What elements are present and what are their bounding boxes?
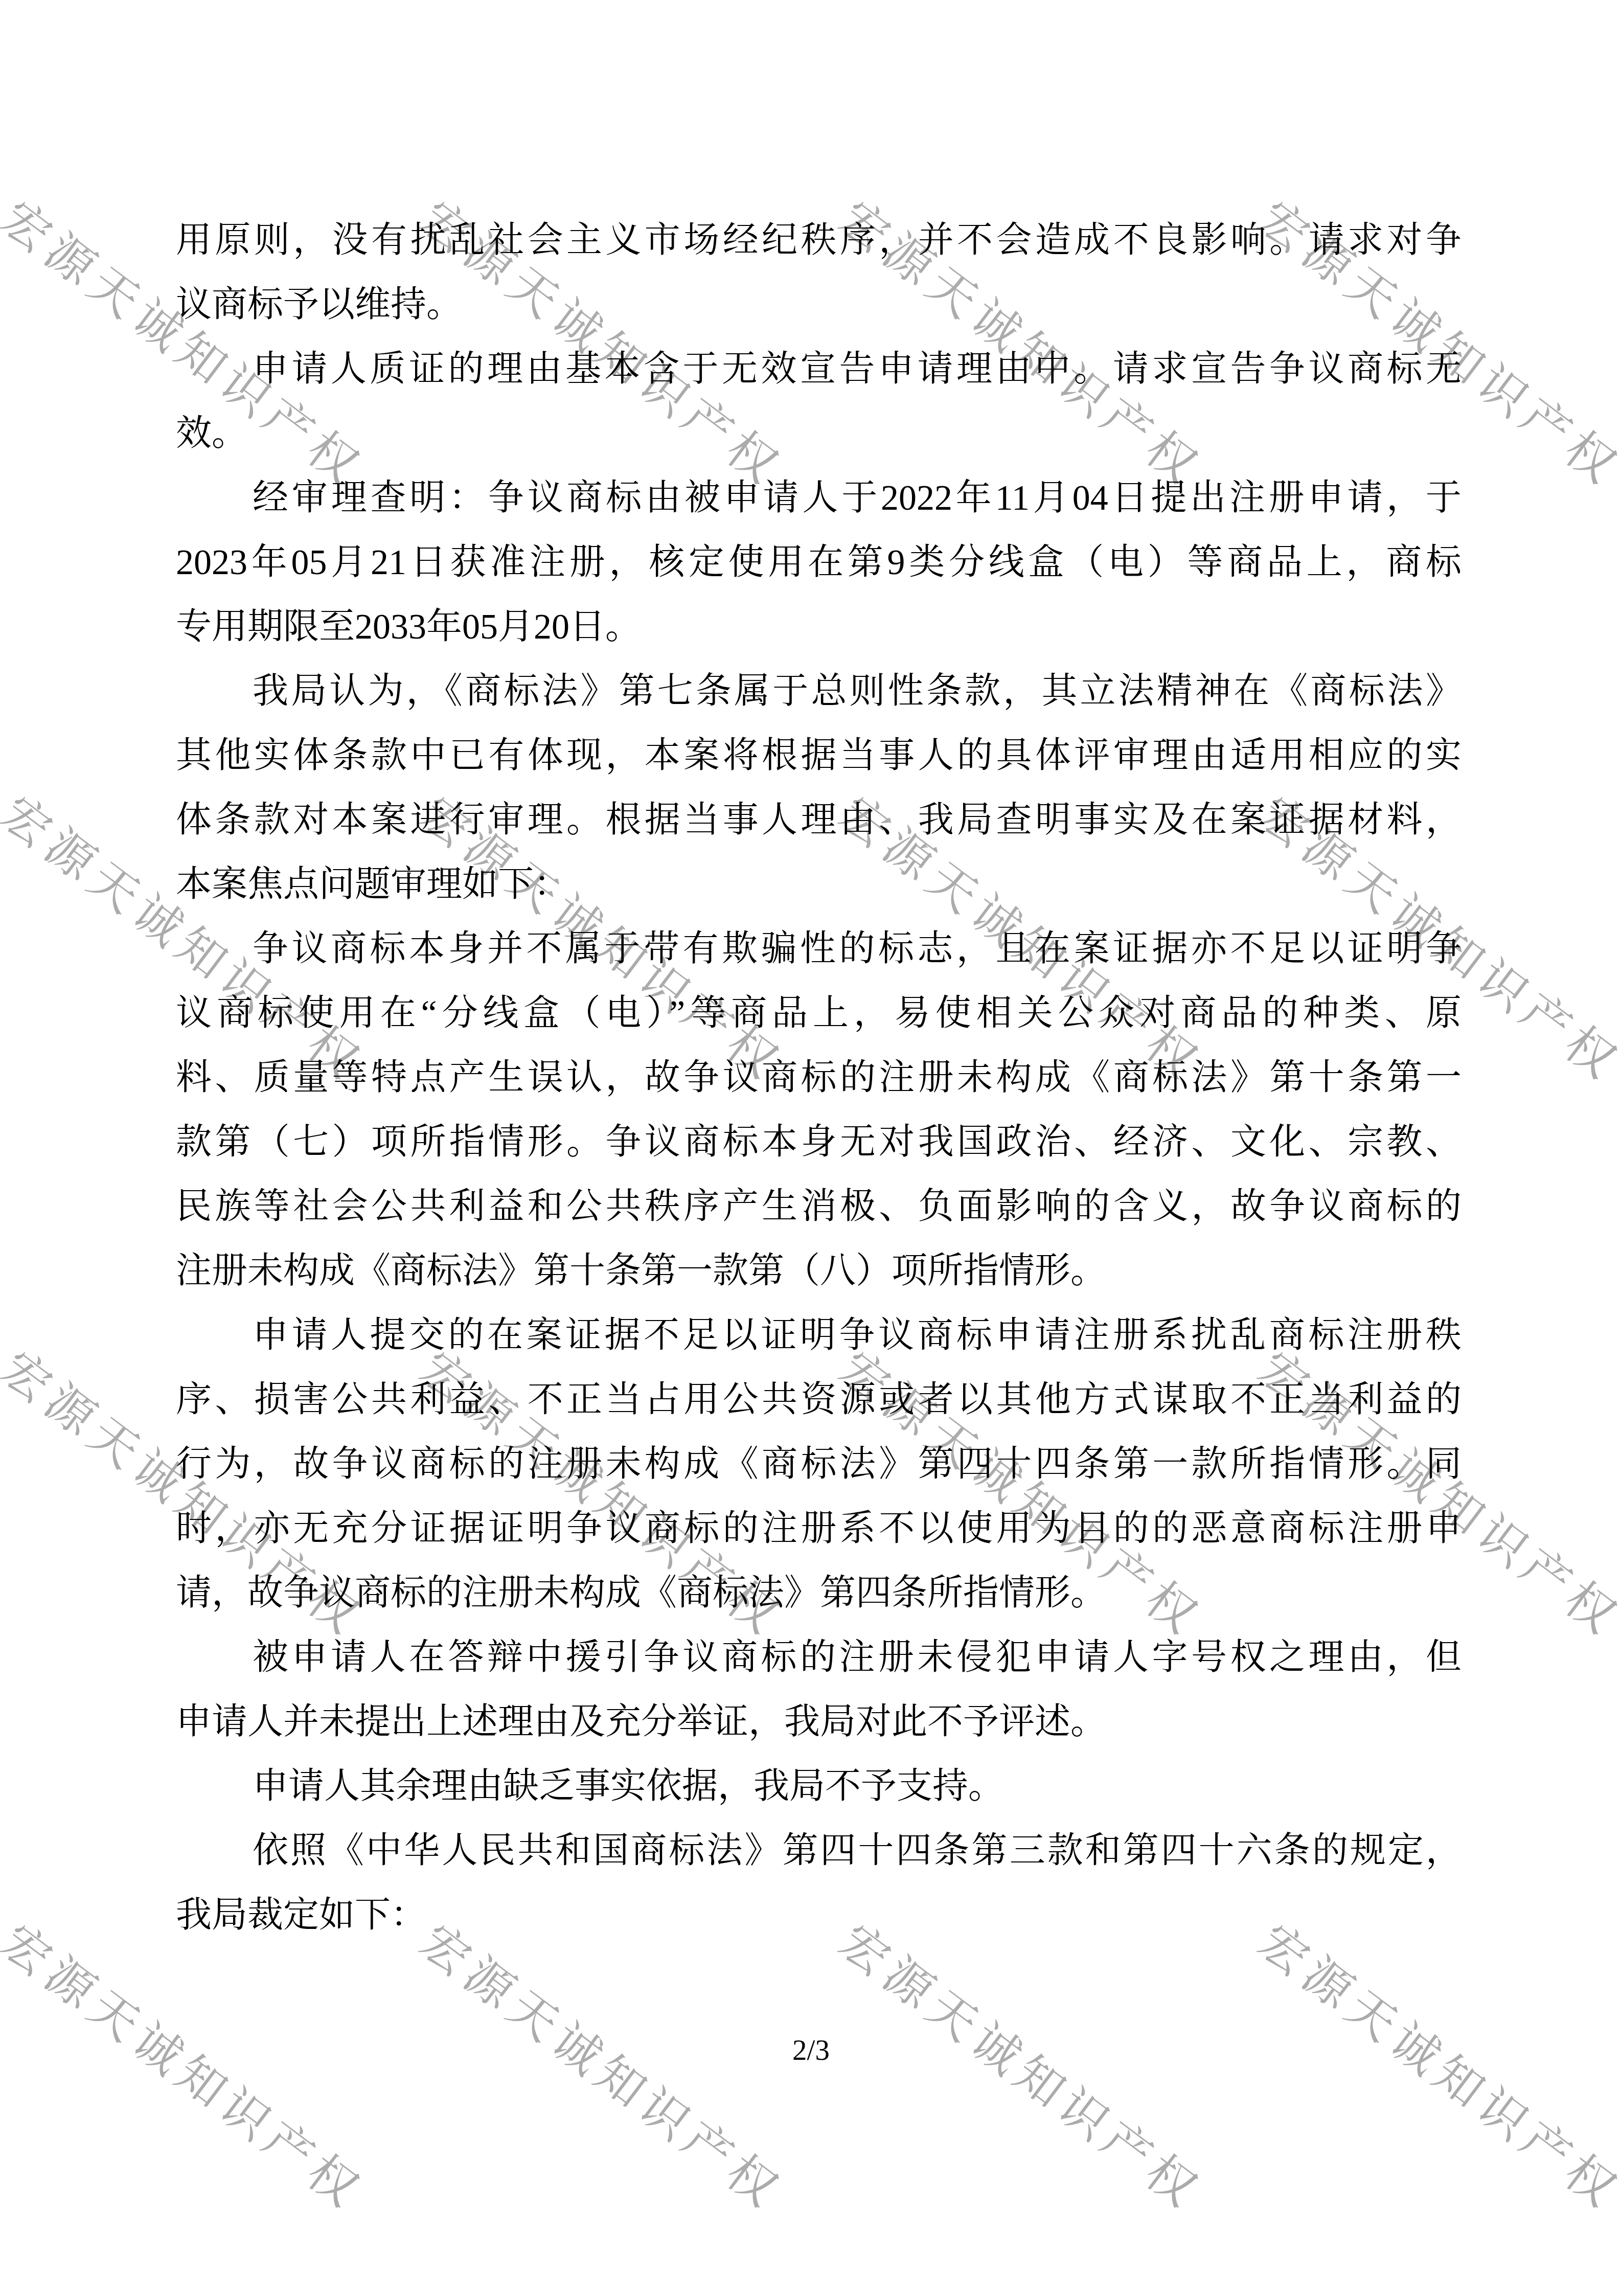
text-line: 效。 (176, 402, 1461, 466)
document-page: { "document": { "page_number": "2/3", "t… (0, 0, 1622, 2296)
text-line: 争议商标本身并不属于带有欺骗性的标志，且在案证据亦不足以证明争 (176, 917, 1461, 982)
text-line: 申请人提交的在案证据不足以证明争议商标申请注册系扰乱商标注册秩 (176, 1304, 1461, 1368)
text-line: 我局认为，《商标法》第七条属于总则性条款，其立法精神在《商标法》 (176, 660, 1461, 724)
text-line: 议商标予以维持。 (176, 273, 1461, 337)
text-line: 我局裁定如下： (176, 1883, 1461, 1948)
text-line: 申请人并未提出上述理由及充分举证，我局对此不予评述。 (176, 1690, 1461, 1755)
text-line: 款第（七）项所指情形。争议商标本身无对我国政治、经济、文化、宗教、 (176, 1110, 1461, 1175)
text-line: 专用期限至2033年05月20日。 (176, 595, 1461, 660)
text-line: 注册未构成《商标法》第十条第一款第（八）项所指情形。 (176, 1239, 1461, 1304)
text-line: 2023年05月21日获准注册，核定使用在第9类分线盒（电）等商品上，商标 (176, 531, 1461, 595)
page-number: 2/3 (0, 2034, 1622, 2067)
text-line: 其他实体条款中已有体现，本案将根据当事人的具体评审理由适用相应的实 (176, 724, 1461, 788)
text-line: 行为，故争议商标的注册未构成《商标法》第四十四条第一款所指情形。同 (176, 1433, 1461, 1497)
text-line: 本案焦点问题审理如下： (176, 853, 1461, 917)
text-line: 序、损害公共利益、不正当占用公共资源或者以其他方式谋取不正当利益的 (176, 1368, 1461, 1433)
text-line: 请，故争议商标的注册未构成《商标法》第四条所指情形。 (176, 1561, 1461, 1626)
document-body: 用原则，没有扰乱社会主义市场经纪秩序，并不会造成不良影响。请求对争议商标予以维持… (176, 209, 1461, 1948)
text-line: 申请人其余理由缺乏事实依据，我局不予支持。 (176, 1755, 1461, 1819)
text-line: 议商标使用在“分线盒（电）”等商品上，易使相关公众对商品的种类、原 (176, 982, 1461, 1046)
text-line: 体条款对本案进行审理。根据当事人理由、我局查明事实及在案证据材料， (176, 788, 1461, 853)
text-line: 依照《中华人民共和国商标法》第四十四条第三款和第四十六条的规定， (176, 1819, 1461, 1883)
text-line: 申请人质证的理由基本含于无效宣告申请理由中。请求宣告争议商标无 (176, 337, 1461, 402)
text-line: 时，亦无充分证据证明争议商标的注册系不以使用为目的的恶意商标注册申 (176, 1497, 1461, 1561)
text-line: 经审理查明：争议商标由被申请人于2022年11月04日提出注册申请，于 (176, 466, 1461, 531)
text-line: 用原则，没有扰乱社会主义市场经纪秩序，并不会造成不良影响。请求对争 (176, 209, 1461, 273)
text-line: 料、质量等特点产生误认，故争议商标的注册未构成《商标法》第十条第一 (176, 1046, 1461, 1110)
text-line: 被申请人在答辩中援引争议商标的注册未侵犯申请人字号权之理由，但 (176, 1626, 1461, 1690)
text-line: 民族等社会公共利益和公共秩序产生消极、负面影响的含义，故争议商标的 (176, 1175, 1461, 1239)
